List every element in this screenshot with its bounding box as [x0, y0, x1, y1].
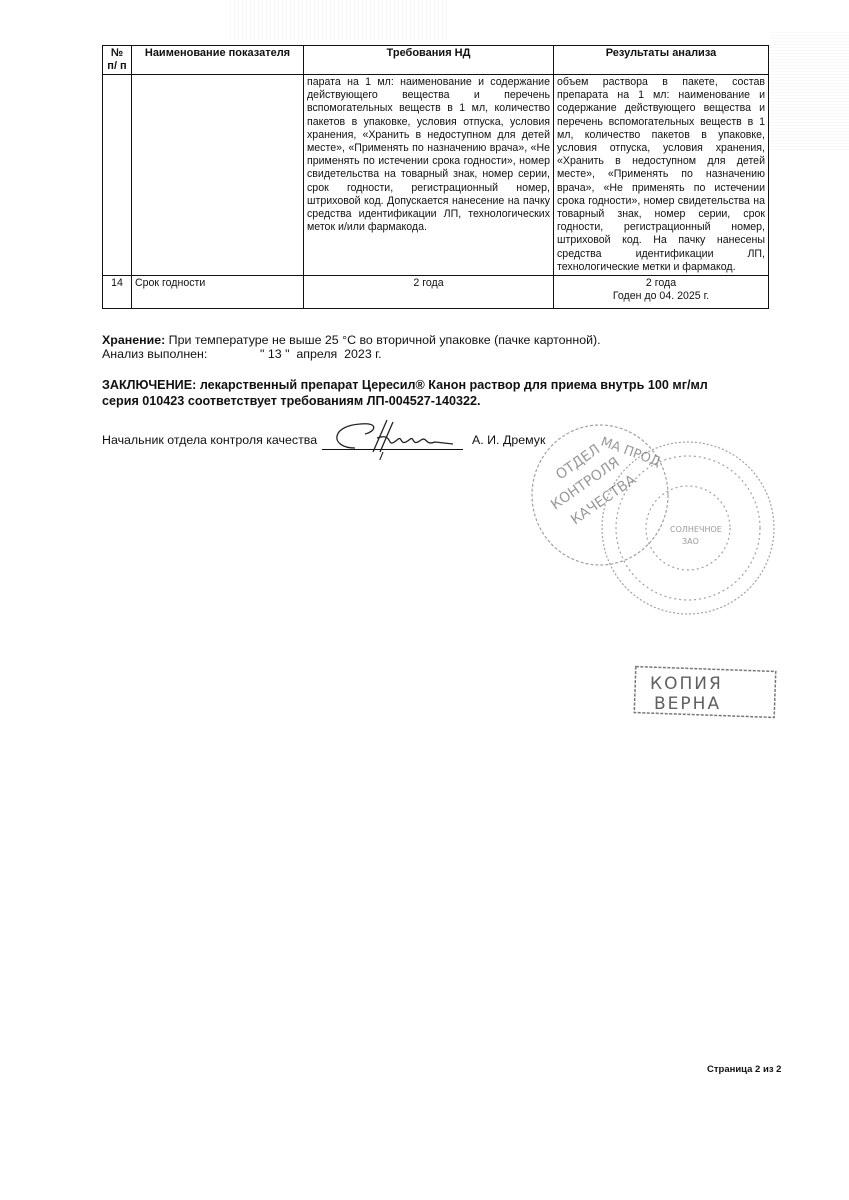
analysis-date-line: Анализ выполнен: " 13 " апреля 2023 г.: [102, 347, 207, 362]
signature-title: Начальник отдела контроля качества: [102, 433, 317, 447]
table-header-row: № п/ п Наименование показателя Требовани…: [103, 46, 769, 75]
conclusion: ЗАКЛЮЧЕНИЕ: лекарственный препарат Церес…: [102, 378, 742, 409]
svg-text:КОПИЯ: КОПИЯ: [650, 674, 723, 694]
handwritten-signature-icon: [325, 418, 455, 460]
analysis-date: " 13 " апреля 2023 г.: [260, 347, 382, 362]
analysis-results-table: № п/ п Наименование показателя Требовани…: [102, 45, 769, 309]
analysis-label: Анализ выполнен:: [102, 347, 207, 361]
expiry-date: Годен до 04. 2025 г.: [557, 290, 765, 303]
storage-label: Хранение:: [102, 333, 165, 347]
cell-results: 2 года Годен до 04. 2025 г.: [554, 276, 769, 309]
header-requirements: Требования НД: [304, 46, 554, 75]
svg-text:ВЕРНА: ВЕРНА: [654, 694, 721, 714]
storage-text: При температуре не выше 25 °С во вторичн…: [165, 333, 600, 347]
table-row: 14 Срок годности 2 года 2 года Годен до …: [103, 276, 769, 309]
cell-requirements: парата на 1 мл: наименование и содержани…: [304, 75, 554, 276]
page-number: Страница 2 из 2: [707, 1064, 781, 1075]
header-num: № п/ п: [103, 46, 132, 75]
cell-requirements: 2 года: [304, 276, 554, 309]
cell-results: объем раствора в пакете, состав препарат…: [554, 75, 769, 276]
official-seal-icon: ОТДЕЛ КОНТРОЛЯ КАЧЕСТВА МА ПРОД СОЛНЕЧНО…: [530, 420, 780, 630]
svg-text:ЗАО: ЗАО: [682, 537, 699, 546]
table-row: парата на 1 мл: наименование и содержани…: [103, 75, 769, 276]
result-value: 2 года: [557, 277, 765, 290]
header-name: Наименование показателя: [132, 46, 304, 75]
scan-artifact: [770, 30, 849, 150]
storage-note: Хранение: При температуре не выше 25 °С …: [102, 333, 601, 348]
cell-num: 14: [103, 276, 132, 309]
cell-name: Срок годности: [132, 276, 304, 309]
cell-name: [132, 75, 304, 276]
copy-certified-stamp-icon: КОПИЯ ВЕРНА: [632, 665, 778, 719]
header-results: Результаты анализа: [554, 46, 769, 75]
scan-artifact: [230, 0, 450, 40]
cell-num: [103, 75, 132, 276]
svg-text:СОЛНЕЧНОЕ: СОЛНЕЧНОЕ: [670, 525, 722, 534]
